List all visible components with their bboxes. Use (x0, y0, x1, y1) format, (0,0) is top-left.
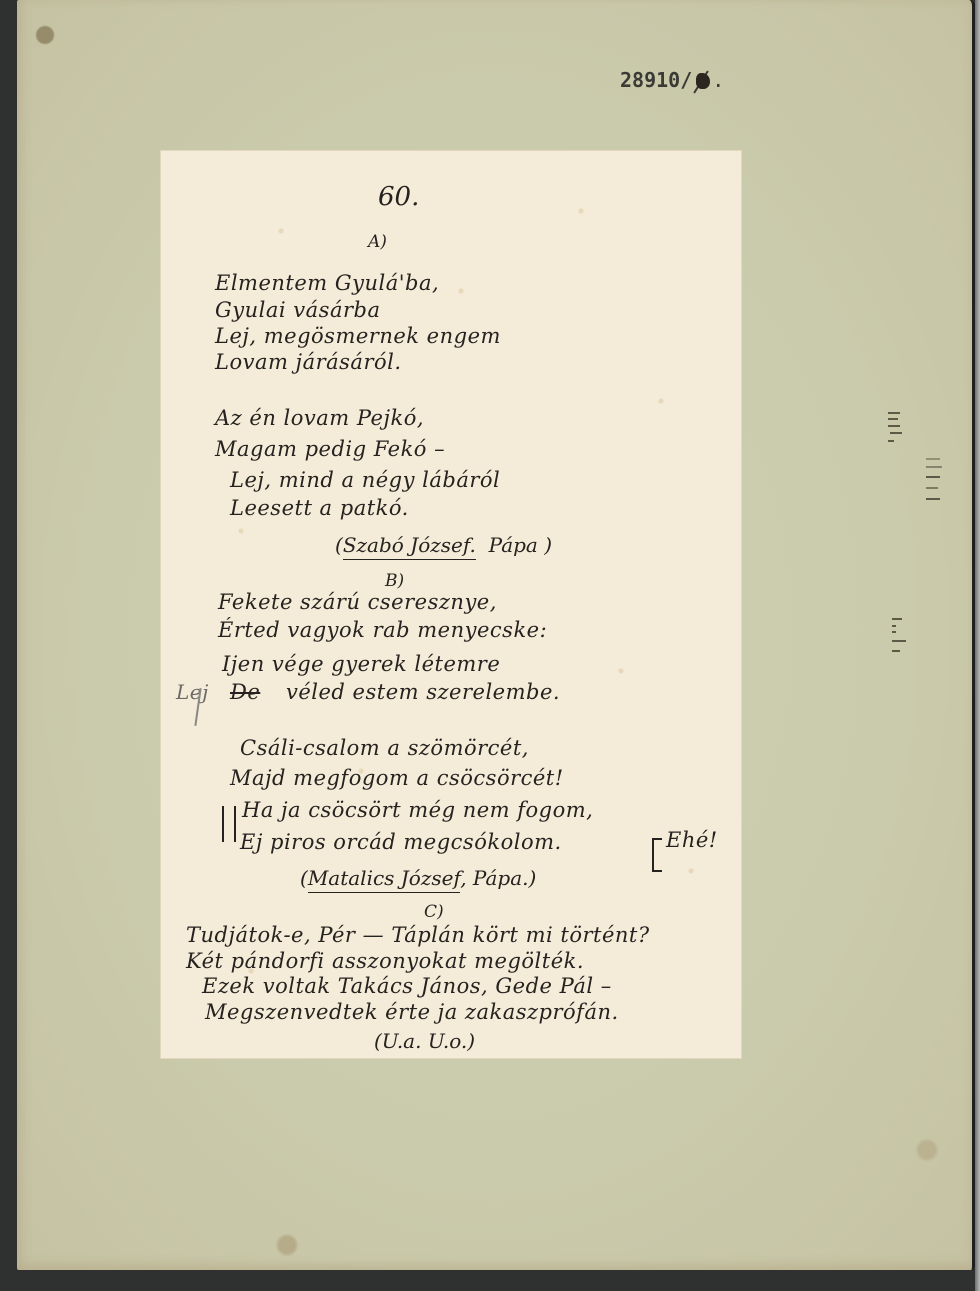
verse-line: Magam pedig Fekó – (215, 439, 445, 460)
section-label-c: C) (424, 904, 444, 921)
ink-blot-suffix (692, 69, 712, 91)
verse-line: Lovam járásáról. (215, 352, 402, 373)
attribution-open: ( (300, 866, 308, 890)
verse-line: véled estem szerelembe. (286, 682, 560, 703)
verse-line: Csáli-csalom a szömörcét, (240, 738, 529, 759)
inventory-number: 28910/ (620, 68, 692, 92)
verse-line: Ezek voltak Takács János, Gede Pál – (202, 976, 612, 997)
section-label-a: A) (368, 234, 387, 251)
verse-line: Fekete szárú cseresznye, (218, 592, 497, 613)
section-label-b: B) (385, 573, 404, 590)
inventory-stamp: 28910/. (620, 68, 724, 92)
verse-line: Az én lovam Pejkó, (215, 408, 424, 429)
scanner-edge (975, 0, 980, 1291)
collector-name: Szabó József. (343, 533, 476, 560)
struck-word: De (230, 682, 260, 703)
verse-line: Elmentem Gyulá'ba, (215, 273, 439, 294)
verse-line: Ej piros orcád megcsókolom. (240, 832, 562, 853)
page-number: 60. (378, 184, 419, 210)
verse-line: Megszenvedtek érte ja zakaszprófán. (205, 1002, 619, 1023)
attribution-open: ( (335, 533, 343, 557)
collector-place: , Pápa.) (460, 866, 536, 890)
refrain-text: Ehé! (666, 830, 718, 851)
verse-line: Érted vagyok rab menyecske: (218, 620, 547, 641)
verse-line: Tudjátok-e, Pér — Táplán kört mi történt… (186, 925, 650, 946)
verse-line: Ha ja csöcsört még nem fogom, (242, 800, 593, 821)
verse-line: Ijen vége gyerek létemre (222, 654, 500, 675)
repeat-mark (222, 806, 236, 842)
verse-line: Leesett a patkó. (230, 498, 409, 519)
collector-name: Matalics József (308, 866, 460, 893)
pencil-margin-note: Lej (176, 682, 209, 702)
inventory-dot: . (712, 68, 724, 92)
collector-place: Pápa ) (489, 533, 552, 557)
scan-canvas: 28910/. 60. A) Elmentem Gyulá'ba, Gyulai… (0, 0, 980, 1291)
verse-line: Lej, megösmernek engem (215, 326, 501, 347)
attribution-b: (Matalics József, Pápa.) (300, 868, 536, 888)
verse-line: Két pándorfi asszonyokat megölték. (186, 951, 584, 972)
refrain-bracket (652, 838, 662, 872)
verse-line: Gyulai vásárba (215, 300, 380, 321)
attribution-c: (U.a. U.o.) (374, 1031, 475, 1051)
verse-line: Majd megfogom a csöcsörcét! (230, 768, 564, 789)
attribution-a: (Szabó József. Pápa ) (335, 535, 552, 555)
verse-line: Lej, mind a négy lábáról (230, 470, 500, 491)
